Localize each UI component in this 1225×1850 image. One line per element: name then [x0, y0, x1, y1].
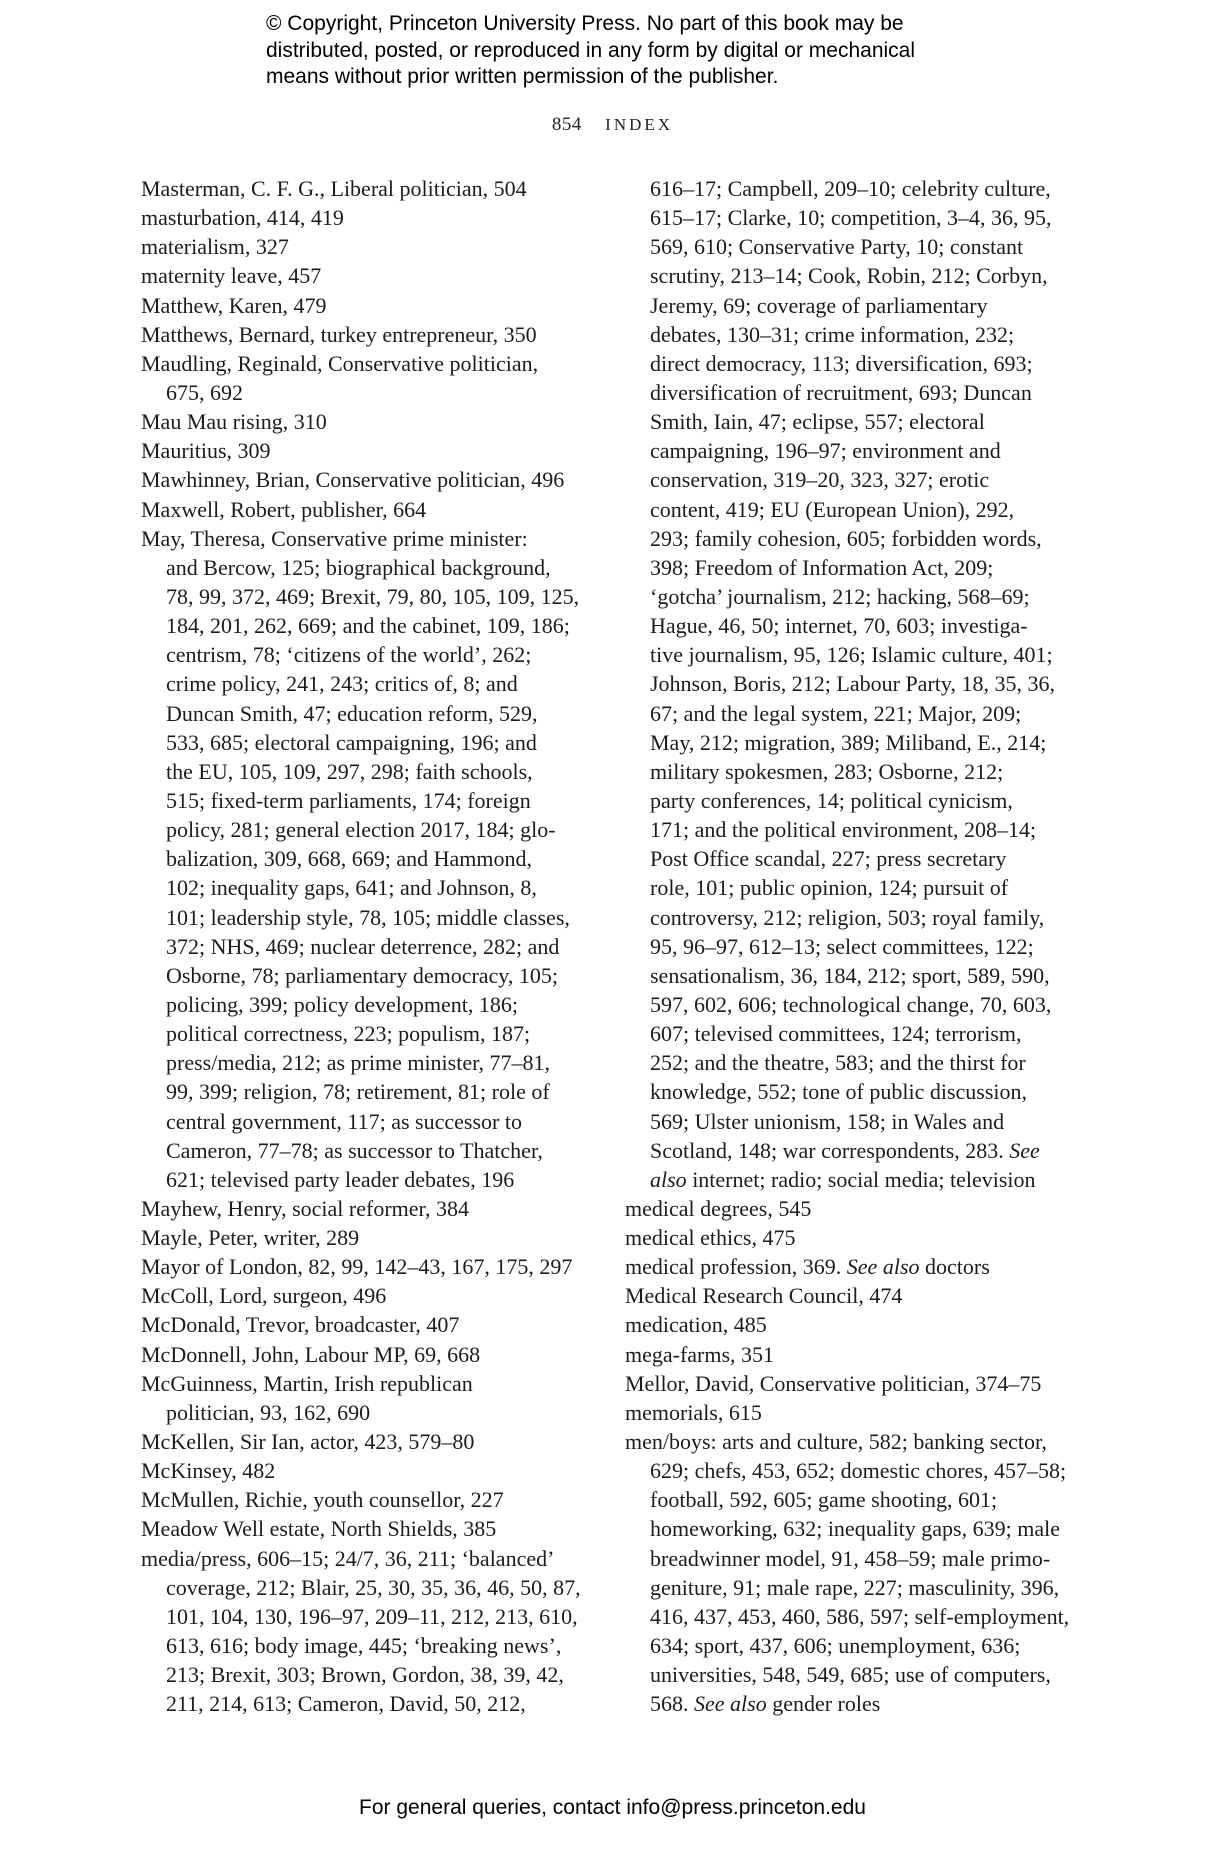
- entry-text: scrutiny, 213–14; Cook, Robin, 212; Corb…: [650, 263, 1048, 288]
- index-entry-line: Mayor of London, 82, 99, 142–43, 167, 17…: [141, 1252, 611, 1281]
- entry-text: universities, 548, 549, 685; use of comp…: [650, 1662, 1051, 1687]
- entry-text: balization, 309, 668, 669; and Hammond,: [166, 846, 532, 871]
- entry-text: mega-farms, 351: [625, 1342, 774, 1367]
- entry-text: 569; Ulster unionism, 158; in Wales and: [650, 1109, 1004, 1134]
- entry-text: McMullen, Richie, youth counsellor, 227: [141, 1487, 504, 1512]
- index-subentry-line: 95, 96–97, 612–13; select committees, 12…: [625, 932, 1085, 961]
- index-entry-line: Mayhew, Henry, social reformer, 384: [141, 1194, 611, 1223]
- index-subentry-line: 252; and the theatre, 583; and the thirs…: [625, 1048, 1085, 1077]
- entry-text: Mayle, Peter, writer, 289: [141, 1225, 359, 1250]
- entry-text: Maudling, Reginald, Conservative politic…: [141, 351, 538, 376]
- index-entry-line: Maudling, Reginald, Conservative politic…: [141, 349, 611, 378]
- entry-text: 252; and the theatre, 583; and the thirs…: [650, 1050, 1026, 1075]
- index-entry-line: Matthew, Karen, 479: [141, 291, 611, 320]
- entry-text: direct democracy, 113; diversification, …: [650, 351, 1033, 376]
- index-subentry-line: Osborne, 78; parliamentary democracy, 10…: [141, 961, 611, 990]
- entry-text: coverage, 212; Blair, 25, 30, 35, 36, 46…: [166, 1575, 581, 1600]
- entry-text: 416, 437, 453, 460, 586, 597; self-emplo…: [650, 1604, 1069, 1629]
- cross-reference-text: gender roles: [767, 1691, 881, 1716]
- index-subentry-line: conservation, 319–20, 323, 327; erotic: [625, 465, 1085, 494]
- entry-text: Post Office scandal, 227; press secretar…: [650, 846, 1006, 871]
- entry-text: Mau Mau rising, 310: [141, 409, 327, 434]
- copyright-line: © Copyright, Princeton University Press.…: [266, 11, 1026, 38]
- entry-text: 533, 685; electoral campaigning, 196; an…: [166, 730, 537, 755]
- index-subentry-line: 101; leadership style, 78, 105; middle c…: [141, 903, 611, 932]
- entry-text: the EU, 105, 109, 297, 298; faith school…: [166, 759, 533, 784]
- entry-text: Osborne, 78; parliamentary democracy, 10…: [166, 963, 558, 988]
- index-subentry-line: May, 212; migration, 389; Miliband, E., …: [625, 728, 1085, 757]
- index-entry-line: McKinsey, 482: [141, 1456, 611, 1485]
- index-entry-line: Mellor, David, Conservative politician, …: [625, 1369, 1085, 1398]
- index-subentry-line: 597, 602, 606; technological change, 70,…: [625, 990, 1085, 1019]
- entry-text: McColl, Lord, surgeon, 496: [141, 1283, 386, 1308]
- entry-text: 607; televised committees, 124; terroris…: [650, 1021, 1021, 1046]
- index-entry-line: medical ethics, 475: [625, 1223, 1085, 1252]
- index-subentry-line: 569; Ulster unionism, 158; in Wales and: [625, 1107, 1085, 1136]
- index-subentry-line: 213; Brexit, 303; Brown, Gordon, 38, 39,…: [141, 1660, 611, 1689]
- index-entry-line: Mauritius, 309: [141, 436, 611, 465]
- index-subentry-line: politician, 93, 162, 690: [141, 1398, 611, 1427]
- entry-text: 613, 616; body image, 445; ‘breaking new…: [166, 1633, 561, 1658]
- index-subentry-line: 171; and the political environment, 208–…: [625, 815, 1085, 844]
- index-entry-line: media/press, 606–15; 24/7, 36, 211; ‘bal…: [141, 1544, 611, 1573]
- entry-text: centrism, 78; ‘citizens of the world’, 2…: [166, 642, 531, 667]
- see-also-label: See also: [847, 1254, 920, 1279]
- entry-text: 95, 96–97, 612–13; select committees, 12…: [650, 934, 1034, 959]
- see-also-label: also: [650, 1167, 687, 1192]
- index-subentry-line: 102; inequality gaps, 641; and Johnson, …: [141, 873, 611, 902]
- index-entry-line: Masterman, C. F. G., Liberal politician,…: [141, 174, 611, 203]
- entry-text: Mauritius, 309: [141, 438, 271, 463]
- index-entry-line: mega-farms, 351: [625, 1340, 1085, 1369]
- entry-text: central government, 117; as successor to: [166, 1109, 522, 1134]
- entry-text: and Bercow, 125; biographical background…: [166, 555, 551, 580]
- index-subentry-line: debates, 130–31; crime information, 232;: [625, 320, 1085, 349]
- entry-text: masturbation, 414, 419: [141, 205, 344, 230]
- entry-text: diversification of recruitment, 693; Dun…: [650, 380, 1032, 405]
- entry-text: geniture, 91; male rape, 227; masculinit…: [650, 1575, 1059, 1600]
- index-subentry-line: 211, 214, 613; Cameron, David, 50, 212,: [141, 1689, 611, 1718]
- index-subentry-line: 398; Freedom of Information Act, 209;: [625, 553, 1085, 582]
- index-subentry-line: balization, 309, 668, 669; and Hammond,: [141, 844, 611, 873]
- index-entry-line: medical profession, 369. See also doctor…: [625, 1252, 1085, 1281]
- entry-text: medication, 485: [625, 1312, 767, 1337]
- entry-text: Duncan Smith, 47; education reform, 529,: [166, 701, 537, 726]
- entry-text: sensationalism, 36, 184, 212; sport, 589…: [650, 963, 1050, 988]
- index-subentry-line: Cameron, 77–78; as successor to Thatcher…: [141, 1136, 611, 1165]
- index-subentry-line: football, 592, 605; game shooting, 601;: [625, 1485, 1085, 1514]
- index-subentry-line: ‘gotcha’ journalism, 212; hacking, 568–6…: [625, 582, 1085, 611]
- index-subentry-line: Johnson, Boris, 212; Labour Party, 18, 3…: [625, 669, 1085, 698]
- index-subentry-line: military spokesmen, 283; Osborne, 212;: [625, 757, 1085, 786]
- entry-text: politician, 93, 162, 690: [166, 1400, 370, 1425]
- index-entry-line: Mawhinney, Brian, Conservative politicia…: [141, 465, 611, 494]
- entry-text: 101, 104, 130, 196–97, 209–11, 212, 213,…: [166, 1604, 578, 1629]
- entry-text: 629; chefs, 453, 652; domestic chores, 4…: [650, 1458, 1066, 1483]
- index-subentry-line: 675, 692: [141, 378, 611, 407]
- entry-text: campaigning, 196–97; environment and: [650, 438, 1001, 463]
- index-subentry-line: 515; fixed-term parliaments, 174; foreig…: [141, 786, 611, 815]
- entry-text: 78, 99, 372, 469; Brexit, 79, 80, 105, 1…: [166, 584, 579, 609]
- index-subentry-line: 78, 99, 372, 469; Brexit, 79, 80, 105, 1…: [141, 582, 611, 611]
- entry-text: 171; and the political environment, 208–…: [650, 817, 1036, 842]
- entry-text: 634; sport, 437, 606; unemployment, 636;: [650, 1633, 1020, 1658]
- entry-text: 515; fixed-term parliaments, 174; foreig…: [166, 788, 531, 813]
- index-subentry-line: knowledge, 552; tone of public discussio…: [625, 1077, 1085, 1106]
- section-title: INDEX: [605, 115, 673, 134]
- index-subentry-line: sensationalism, 36, 184, 212; sport, 589…: [625, 961, 1085, 990]
- entry-text: Cameron, 77–78; as successor to Thatcher…: [166, 1138, 543, 1163]
- index-subentry-line: role, 101; public opinion, 124; pursuit …: [625, 873, 1085, 902]
- entry-text: political correctness, 223; populism, 18…: [166, 1021, 530, 1046]
- index-subentry-line: 293; family cohesion, 605; forbidden wor…: [625, 524, 1085, 553]
- index-subentry-line: homeworking, 632; inequality gaps, 639; …: [625, 1514, 1085, 1543]
- index-subentry-line: 568. See also gender roles: [625, 1689, 1085, 1718]
- index-subentry-line: Duncan Smith, 47; education reform, 529,: [141, 699, 611, 728]
- entry-text: ‘gotcha’ journalism, 212; hacking, 568–6…: [650, 584, 1030, 609]
- cross-reference-text: internet; radio; social media; televisio…: [687, 1167, 1036, 1192]
- entry-text: 675, 692: [166, 380, 243, 405]
- index-subentry-line: diversification of recruitment, 693; Dun…: [625, 378, 1085, 407]
- entry-text: May, Theresa, Conservative prime ministe…: [141, 526, 528, 551]
- entry-text: tive journalism, 95, 126; Islamic cultur…: [650, 642, 1053, 667]
- footer-contact: For general queries, contact info@press.…: [0, 1796, 1225, 1820]
- entry-text: 102; inequality gaps, 641; and Johnson, …: [166, 875, 537, 900]
- index-subentry-line: central government, 117; as successor to: [141, 1107, 611, 1136]
- entry-text: McDonald, Trevor, broadcaster, 407: [141, 1312, 459, 1337]
- index-subentry-line: 372; NHS, 469; nuclear deterrence, 282; …: [141, 932, 611, 961]
- index-subentry-line: Hague, 46, 50; internet, 70, 603; invest…: [625, 611, 1085, 640]
- index-subentry-line: crime policy, 241, 243; critics of, 8; a…: [141, 669, 611, 698]
- index-entry-line: materialism, 327: [141, 232, 611, 261]
- entry-text: Hague, 46, 50; internet, 70, 603; invest…: [650, 613, 1028, 638]
- page-number: 854: [552, 114, 582, 135]
- index-subentry-line: tive journalism, 95, 126; Islamic cultur…: [625, 640, 1085, 669]
- index-subentry-line: controversy, 212; religion, 503; royal f…: [625, 903, 1085, 932]
- entry-text: Mawhinney, Brian, Conservative politicia…: [141, 467, 564, 492]
- entry-text: 184, 201, 262, 669; and the cabinet, 109…: [166, 613, 570, 638]
- index-entry-line: medication, 485: [625, 1310, 1085, 1339]
- index-subentry-line: Jeremy, 69; coverage of parliamentary: [625, 291, 1085, 320]
- entry-text: 621; televised party leader debates, 196: [166, 1167, 514, 1192]
- entry-text: content, 419; EU (European Union), 292,: [650, 497, 1014, 522]
- copyright-line: distributed, posted, or reproduced in an…: [266, 38, 1026, 65]
- see-also-label: See also: [694, 1691, 767, 1716]
- index-subentry-line: breadwinner model, 91, 458–59; male prim…: [625, 1544, 1085, 1573]
- index-entry-line: maternity leave, 457: [141, 261, 611, 290]
- index-entry-line: Meadow Well estate, North Shields, 385: [141, 1514, 611, 1543]
- entry-text: Meadow Well estate, North Shields, 385: [141, 1516, 496, 1541]
- entry-text: 67; and the legal system, 221; Major, 20…: [650, 701, 1021, 726]
- index-entry-line: Mau Mau rising, 310: [141, 407, 611, 436]
- index-subentry-line: the EU, 105, 109, 297, 298; faith school…: [141, 757, 611, 786]
- index-column-right: 616–17; Campbell, 209–10; celebrity cult…: [625, 174, 1085, 1718]
- index-subentry-line: party conferences, 14; political cynicis…: [625, 786, 1085, 815]
- entry-text: 569, 610; Conservative Party, 10; consta…: [650, 234, 1023, 259]
- entry-text: 211, 214, 613; Cameron, David, 50, 212,: [166, 1691, 526, 1716]
- index-subentry-line: 629; chefs, 453, 652; domestic chores, 4…: [625, 1456, 1085, 1485]
- entry-text: Mayhew, Henry, social reformer, 384: [141, 1196, 469, 1221]
- entry-text: maternity leave, 457: [141, 263, 321, 288]
- entry-text: policing, 399; policy development, 186;: [166, 992, 518, 1017]
- entry-text: press/media, 212; as prime minister, 77–…: [166, 1050, 550, 1075]
- index-subentry-line: 607; televised committees, 124; terroris…: [625, 1019, 1085, 1048]
- index-entry-line: May, Theresa, Conservative prime ministe…: [141, 524, 611, 553]
- index-column-left: Masterman, C. F. G., Liberal politician,…: [141, 174, 611, 1718]
- entry-text: party conferences, 14; political cynicis…: [650, 788, 1013, 813]
- index-subentry-line: coverage, 212; Blair, 25, 30, 35, 36, 46…: [141, 1573, 611, 1602]
- entry-text: military spokesmen, 283; Osborne, 212;: [650, 759, 1003, 784]
- entry-text: medical degrees, 545: [625, 1196, 811, 1221]
- index-entry-line: McDonnell, John, Labour MP, 69, 668: [141, 1340, 611, 1369]
- index-subentry-line: 101, 104, 130, 196–97, 209–11, 212, 213,…: [141, 1602, 611, 1631]
- entry-text: 568.: [650, 1691, 689, 1716]
- copyright-line: means without prior written permission o…: [266, 64, 1026, 91]
- index-entry-line: medical degrees, 545: [625, 1194, 1085, 1223]
- index-entry-line: Mayle, Peter, writer, 289: [141, 1223, 611, 1252]
- running-head: 854 INDEX: [0, 114, 1225, 136]
- entry-text: men/boys: arts and culture, 582; banking…: [625, 1429, 1047, 1454]
- index-subentry-line: 416, 437, 453, 460, 586, 597; self-emplo…: [625, 1602, 1085, 1631]
- entry-text: 615–17; Clarke, 10; competition, 3–4, 36…: [650, 205, 1051, 230]
- entry-text: 293; family cohesion, 605; forbidden wor…: [650, 526, 1042, 551]
- entry-text: 616–17; Campbell, 209–10; celebrity cult…: [650, 176, 1051, 201]
- index-subentry-line: 67; and the legal system, 221; Major, 20…: [625, 699, 1085, 728]
- index-subentry-line: policy, 281; general election 2017, 184;…: [141, 815, 611, 844]
- index-entry-line: McDonald, Trevor, broadcaster, 407: [141, 1310, 611, 1339]
- index-entry-line: McGuinness, Martin, Irish republican: [141, 1369, 611, 1398]
- index-subentry-line: 569, 610; Conservative Party, 10; consta…: [625, 232, 1085, 261]
- entry-text: McGuinness, Martin, Irish republican: [141, 1371, 473, 1396]
- entry-text: Johnson, Boris, 212; Labour Party, 18, 3…: [650, 671, 1055, 696]
- entry-text: Mayor of London, 82, 99, 142–43, 167, 17…: [141, 1254, 572, 1279]
- entry-text: May, 212; migration, 389; Miliband, E., …: [650, 730, 1046, 755]
- entry-text: Smith, Iain, 47; eclipse, 557; electoral: [650, 409, 985, 434]
- entry-text: controversy, 212; religion, 503; royal f…: [650, 905, 1044, 930]
- index-subentry-line: 616–17; Campbell, 209–10; celebrity cult…: [625, 174, 1085, 203]
- entry-text: Masterman, C. F. G., Liberal politician,…: [141, 176, 527, 201]
- entry-text: policy, 281; general election 2017, 184;…: [166, 817, 556, 842]
- entry-text: media/press, 606–15; 24/7, 36, 211; ‘bal…: [141, 1546, 554, 1571]
- entry-text: Matthew, Karen, 479: [141, 293, 327, 318]
- entry-text: 398; Freedom of Information Act, 209;: [650, 555, 993, 580]
- index-entry-line: men/boys: arts and culture, 582; banking…: [625, 1427, 1085, 1456]
- entry-text: homeworking, 632; inequality gaps, 639; …: [650, 1516, 1060, 1541]
- index-subentry-line: press/media, 212; as prime minister, 77–…: [141, 1048, 611, 1077]
- index-subentry-line: direct democracy, 113; diversification, …: [625, 349, 1085, 378]
- index-subentry-line: Post Office scandal, 227; press secretar…: [625, 844, 1085, 873]
- entry-text: McDonnell, John, Labour MP, 69, 668: [141, 1342, 480, 1367]
- entry-text: medical ethics, 475: [625, 1225, 795, 1250]
- index-subentry-line: content, 419; EU (European Union), 292,: [625, 495, 1085, 524]
- index-subentry-line: 533, 685; electoral campaigning, 196; an…: [141, 728, 611, 757]
- entry-text: knowledge, 552; tone of public discussio…: [650, 1079, 1027, 1104]
- entry-text: conservation, 319–20, 323, 327; erotic: [650, 467, 989, 492]
- index-subentry-line: Smith, Iain, 47; eclipse, 557; electoral: [625, 407, 1085, 436]
- index-entry-line: Matthews, Bernard, turkey entrepreneur, …: [141, 320, 611, 349]
- entry-text: 213; Brexit, 303; Brown, Gordon, 38, 39,…: [166, 1662, 564, 1687]
- index-subentry-line: 615–17; Clarke, 10; competition, 3–4, 36…: [625, 203, 1085, 232]
- index-subentry-line: 99, 399; religion, 78; retirement, 81; r…: [141, 1077, 611, 1106]
- entry-text: crime policy, 241, 243; critics of, 8; a…: [166, 671, 518, 696]
- index-subentry-line: centrism, 78; ‘citizens of the world’, 2…: [141, 640, 611, 669]
- see-also-label: See: [1009, 1138, 1040, 1163]
- entry-text: 597, 602, 606; technological change, 70,…: [650, 992, 1051, 1017]
- entry-text: 101; leadership style, 78, 105; middle c…: [166, 905, 570, 930]
- entry-text: Matthews, Bernard, turkey entrepreneur, …: [141, 322, 537, 347]
- index-entry-line: Maxwell, Robert, publisher, 664: [141, 495, 611, 524]
- entry-text: medical profession, 369.: [625, 1254, 841, 1279]
- index-entry-line: memorials, 615: [625, 1398, 1085, 1427]
- entry-text: football, 592, 605; game shooting, 601;: [650, 1487, 997, 1512]
- entry-text: debates, 130–31; crime information, 232;: [650, 322, 1014, 347]
- index-subentry-line: universities, 548, 549, 685; use of comp…: [625, 1660, 1085, 1689]
- entry-text: role, 101; public opinion, 124; pursuit …: [650, 875, 1008, 900]
- index-subentry-line: political correctness, 223; populism, 18…: [141, 1019, 611, 1048]
- entry-text: McKellen, Sir Ian, actor, 423, 579–80: [141, 1429, 474, 1454]
- index-subentry-line: 634; sport, 437, 606; unemployment, 636;: [625, 1631, 1085, 1660]
- index-subentry-line: Scotland, 148; war correspondents, 283. …: [625, 1136, 1085, 1165]
- index-subentry-line: scrutiny, 213–14; Cook, Robin, 212; Corb…: [625, 261, 1085, 290]
- entry-text: breadwinner model, 91, 458–59; male prim…: [650, 1546, 1050, 1571]
- index-subentry-line: 613, 616; body image, 445; ‘breaking new…: [141, 1631, 611, 1660]
- index-entry-line: McColl, Lord, surgeon, 496: [141, 1281, 611, 1310]
- index-subentry-line: geniture, 91; male rape, 227; masculinit…: [625, 1573, 1085, 1602]
- entry-text: memorials, 615: [625, 1400, 762, 1425]
- entry-text: materialism, 327: [141, 234, 289, 259]
- index-subentry-line: 184, 201, 262, 669; and the cabinet, 109…: [141, 611, 611, 640]
- index-subentry-line: also internet; radio; social media; tele…: [625, 1165, 1085, 1194]
- entry-text: 372; NHS, 469; nuclear deterrence, 282; …: [166, 934, 559, 959]
- index-subentry-line: and Bercow, 125; biographical background…: [141, 553, 611, 582]
- index-entry-line: McMullen, Richie, youth counsellor, 227: [141, 1485, 611, 1514]
- cross-reference-text: doctors: [920, 1254, 990, 1279]
- index-subentry-line: policing, 399; policy development, 186;: [141, 990, 611, 1019]
- entry-text: McKinsey, 482: [141, 1458, 275, 1483]
- entry-text: Scotland, 148; war correspondents, 283.: [650, 1138, 1004, 1163]
- index-subentry-line: 621; televised party leader debates, 196: [141, 1165, 611, 1194]
- index-entry-line: McKellen, Sir Ian, actor, 423, 579–80: [141, 1427, 611, 1456]
- index-entry-line: masturbation, 414, 419: [141, 203, 611, 232]
- index-entry-line: Medical Research Council, 474: [625, 1281, 1085, 1310]
- entry-text: 99, 399; religion, 78; retirement, 81; r…: [166, 1079, 550, 1104]
- index-subentry-line: campaigning, 196–97; environment and: [625, 436, 1085, 465]
- entry-text: Medical Research Council, 474: [625, 1283, 902, 1308]
- copyright-notice: © Copyright, Princeton University Press.…: [266, 11, 1026, 91]
- entry-text: Maxwell, Robert, publisher, 664: [141, 497, 426, 522]
- entry-text: Jeremy, 69; coverage of parliamentary: [650, 293, 988, 318]
- entry-text: Mellor, David, Conservative politician, …: [625, 1371, 1041, 1396]
